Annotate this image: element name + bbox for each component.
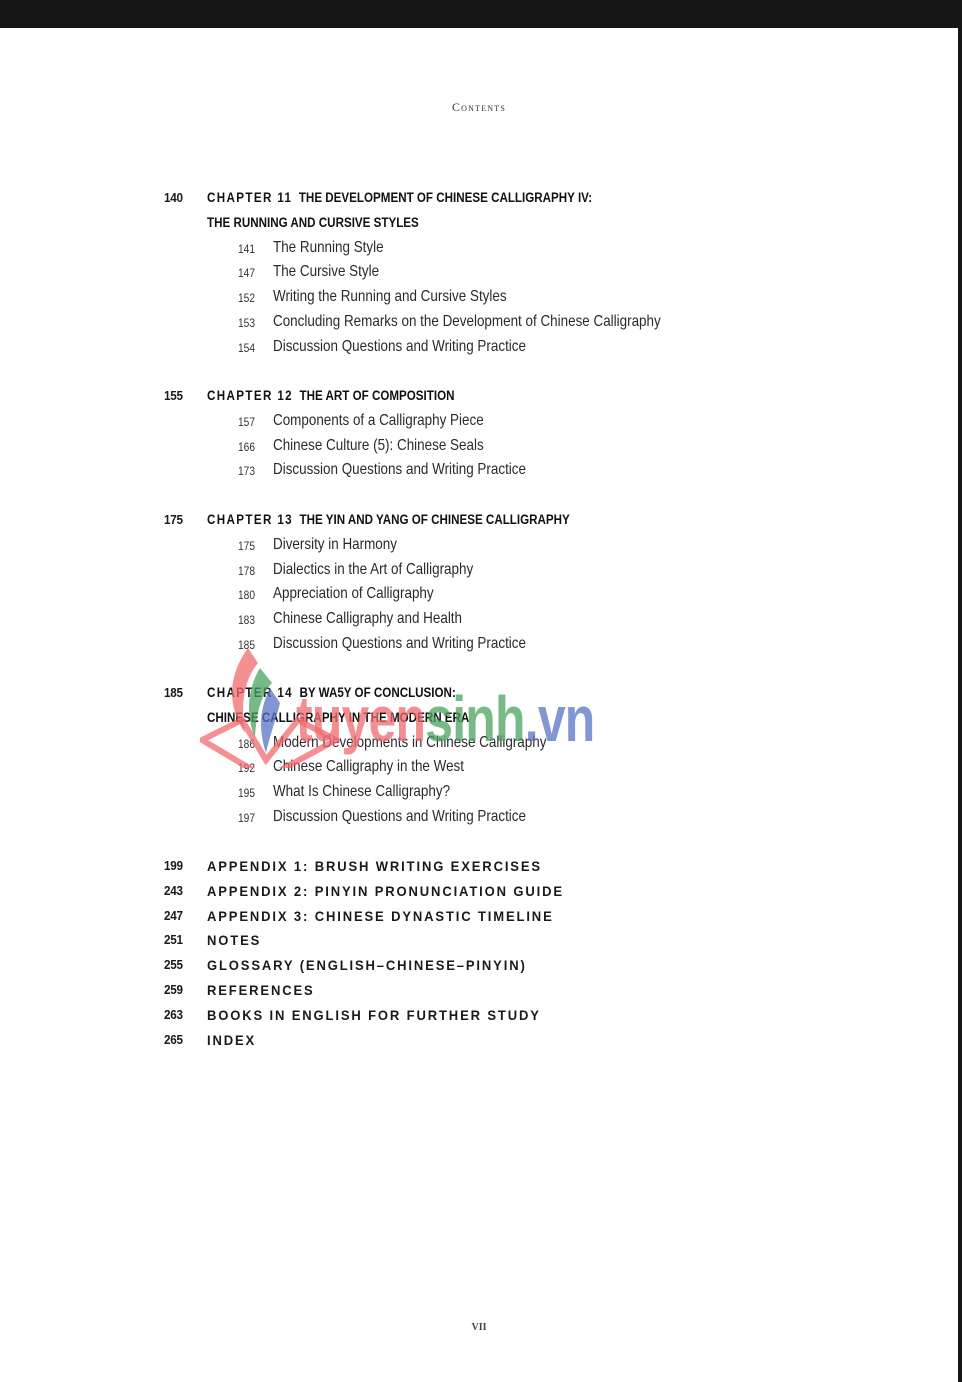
section-page-number: 141 (238, 242, 255, 256)
chapter-title-line: BY WA5Y OF CONCLUSION: (299, 685, 455, 700)
chapter-page-number: 185 (164, 685, 183, 700)
section-page-number: 186 (238, 737, 255, 751)
back-matter-title: APPENDIX 1: BRUSH WRITING EXERCISES (207, 858, 542, 874)
page-number: VII (0, 1322, 958, 1333)
back-matter-page-number: 243 (164, 883, 183, 898)
section-title: Appreciation of Calligraphy (273, 585, 434, 603)
section-title: Concluding Remarks on the Development of… (273, 313, 661, 331)
section-title: Discussion Questions and Writing Practic… (273, 635, 526, 653)
back-matter-title: INDEX (207, 1032, 256, 1048)
chapter-page-number: 140 (164, 190, 183, 205)
section-title: The Cursive Style (273, 263, 379, 281)
section-title: Chinese Culture (5): Chinese Seals (273, 437, 484, 455)
section-page-number: 147 (238, 266, 255, 280)
section-page-number: 166 (238, 440, 255, 454)
chapter-label: CHAPTER 12 (207, 388, 293, 403)
section-title: Dialectics in the Art of Calligraphy (273, 561, 473, 579)
section-page-number: 195 (238, 786, 255, 800)
back-matter-page-number: 259 (164, 982, 183, 997)
back-matter-page-number: 199 (164, 858, 183, 873)
chapter-title: CHINESE CALLIGRAPHY IN THE MODERN ERA (207, 710, 469, 725)
section-page-number: 180 (238, 588, 255, 602)
back-matter-page-number: 263 (164, 1007, 183, 1022)
section-page-number: 175 (238, 539, 255, 553)
chapter-title-line: THE DEVELOPMENT OF CHINESE CALLIGRAPHY I… (299, 190, 592, 205)
section-title: Discussion Questions and Writing Practic… (273, 461, 526, 479)
chapter-title: CHAPTER 14 BY WA5Y OF CONCLUSION: (207, 685, 456, 700)
running-head: Contents (0, 100, 958, 115)
section-title: The Running Style (273, 239, 384, 257)
section-page-number: 178 (238, 564, 255, 578)
document-page: Contents 140CHAPTER 11 THE DEVELOPMENT O… (0, 28, 958, 1382)
chapter-title: CHAPTER 11 THE DEVELOPMENT OF CHINESE CA… (207, 190, 592, 205)
back-matter-page-number: 247 (164, 908, 183, 923)
back-matter-page-number: 251 (164, 932, 183, 947)
chapter-page-number: 155 (164, 388, 183, 403)
section-page-number: 197 (238, 811, 255, 825)
back-matter-title: REFERENCES (207, 982, 315, 998)
section-page-number: 183 (238, 613, 255, 627)
back-matter-title: APPENDIX 3: CHINESE DYNASTIC TIMELINE (207, 908, 554, 924)
chapter-label: CHAPTER 14 (207, 685, 293, 700)
chapter-title: CHAPTER 13 THE YIN AND YANG OF CHINESE C… (207, 512, 570, 527)
back-matter-title: NOTES (207, 932, 261, 948)
section-page-number: 157 (238, 415, 255, 429)
chapter-label: CHAPTER 13 (207, 512, 293, 527)
section-title: Modern Developments in Chinese Calligrap… (273, 734, 546, 752)
section-page-number: 192 (238, 761, 255, 775)
section-title: Chinese Calligraphy in the West (273, 758, 464, 776)
chapter-title-line: THE ART OF COMPOSITION (299, 388, 454, 403)
back-matter-title: BOOKS IN ENGLISH FOR FURTHER STUDY (207, 1007, 541, 1023)
section-page-number: 153 (238, 316, 255, 330)
section-title: Discussion Questions and Writing Practic… (273, 338, 526, 356)
chapter-title: CHAPTER 12 THE ART OF COMPOSITION (207, 388, 455, 403)
chapter-title: THE RUNNING AND CURSIVE STYLES (207, 215, 419, 230)
section-title: Writing the Running and Cursive Styles (273, 288, 507, 306)
chapter-page-number: 175 (164, 512, 183, 527)
section-page-number: 173 (238, 464, 255, 478)
chapter-title-line: THE YIN AND YANG OF CHINESE CALLIGRAPHY (299, 512, 569, 527)
back-matter-title: APPENDIX 2: PINYIN PRONUNCIATION GUIDE (207, 883, 564, 899)
back-matter-page-number: 265 (164, 1032, 183, 1047)
chapter-label: CHAPTER 11 (207, 190, 292, 205)
back-matter-page-number: 255 (164, 957, 183, 972)
chapter-title-line: THE RUNNING AND CURSIVE STYLES (207, 215, 419, 230)
chapter-title-line: CHINESE CALLIGRAPHY IN THE MODERN ERA (207, 710, 469, 725)
section-title: Components of a Calligraphy Piece (273, 412, 484, 430)
section-page-number: 185 (238, 638, 255, 652)
back-matter-title: GLOSSARY (ENGLISH–CHINESE–PINYIN) (207, 957, 527, 973)
section-title: Diversity in Harmony (273, 536, 397, 554)
section-page-number: 152 (238, 291, 255, 305)
section-title: Discussion Questions and Writing Practic… (273, 808, 526, 826)
section-page-number: 154 (238, 341, 255, 355)
section-title: Chinese Calligraphy and Health (273, 610, 462, 628)
viewer-top-bar (0, 0, 962, 28)
section-title: What Is Chinese Calligraphy? (273, 783, 450, 801)
